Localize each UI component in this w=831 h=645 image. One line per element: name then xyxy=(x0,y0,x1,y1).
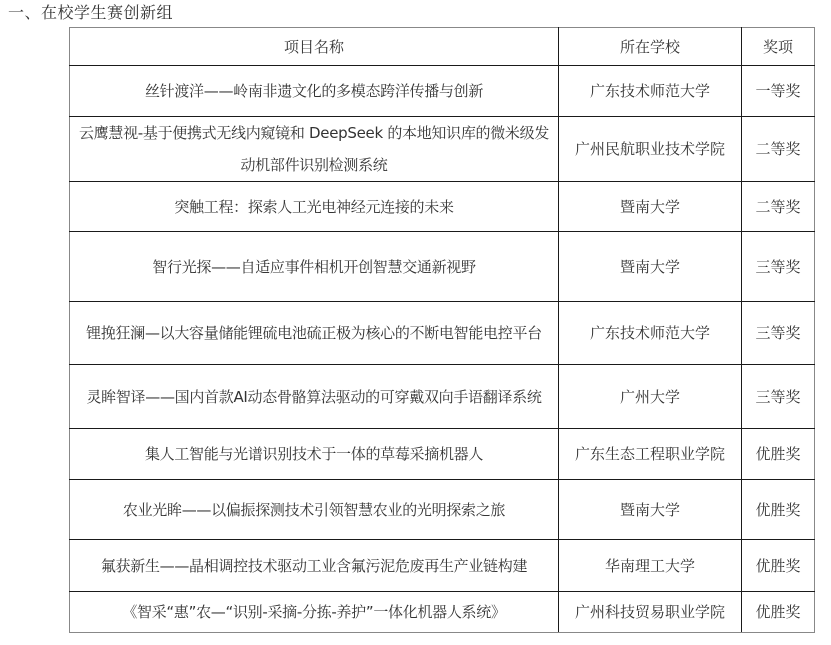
school-cell: 华南理工大学 xyxy=(559,540,742,592)
project-name-cell: 云鹰慧视-基于便携式无线内窥镜和 DeepSeek 的本地知识库的微米级发动机部… xyxy=(70,117,559,182)
project-name-cell: 突触工程：探索人工光电神经元连接的未来 xyxy=(70,182,559,232)
table-row: 智行光探——自适应事件相机开创智慧交通新视野 暨南大学 三等奖 xyxy=(70,232,815,302)
school-cell: 广东生态工程职业学院 xyxy=(559,429,742,480)
school-cell: 暨南大学 xyxy=(559,480,742,540)
table-row: 氟获新生——晶相调控技术驱动工业含氟污泥危废再生产业链构建 华南理工大学 优胜奖 xyxy=(70,540,815,592)
project-name-cell: 氟获新生——晶相调控技术驱动工业含氟污泥危废再生产业链构建 xyxy=(70,540,559,592)
header-project-name: 项目名称 xyxy=(70,28,559,66)
table-row: 锂挽狂澜—以大容量储能锂硫电池硫正极为核心的不断电智能电控平台 广东技术师范大学… xyxy=(70,302,815,365)
table-row: 灵眸智译——国内首款AI动态骨骼算法驱动的可穿戴双向手语翻译系统 广州大学 三等… xyxy=(70,365,815,429)
school-cell: 广州大学 xyxy=(559,365,742,429)
header-school: 所在学校 xyxy=(559,28,742,66)
table-row: 突触工程：探索人工光电神经元连接的未来 暨南大学 二等奖 xyxy=(70,182,815,232)
table-header-row: 项目名称 所在学校 奖项 xyxy=(70,28,815,66)
award-cell: 三等奖 xyxy=(742,232,815,302)
project-name-cell: 丝针渡洋——岭南非遗文化的多模态跨洋传播与创新 xyxy=(70,66,559,117)
project-name-cell: 《智采“惠”农—“识别-采摘-分拣-养护”一体化机器人系统》 xyxy=(70,592,559,633)
school-cell: 广州科技贸易职业学院 xyxy=(559,592,742,633)
awards-table: 项目名称 所在学校 奖项 丝针渡洋——岭南非遗文化的多模态跨洋传播与创新 广东技… xyxy=(69,27,815,633)
award-cell: 二等奖 xyxy=(742,117,815,182)
table-row: 《智采“惠”农—“识别-采摘-分拣-养护”一体化机器人系统》 广州科技贸易职业学… xyxy=(70,592,815,633)
project-name-cell: 智行光探——自适应事件相机开创智慧交通新视野 xyxy=(70,232,559,302)
school-cell: 广东技术师范大学 xyxy=(559,66,742,117)
header-award: 奖项 xyxy=(742,28,815,66)
school-cell: 暨南大学 xyxy=(559,232,742,302)
award-cell: 优胜奖 xyxy=(742,540,815,592)
table-row: 农业光眸——以偏振探测技术引领智慧农业的光明探索之旅 暨南大学 优胜奖 xyxy=(70,480,815,540)
school-cell: 广州民航职业技术学院 xyxy=(559,117,742,182)
table-row: 云鹰慧视-基于便携式无线内窥镜和 DeepSeek 的本地知识库的微米级发动机部… xyxy=(70,117,815,182)
award-cell: 一等奖 xyxy=(742,66,815,117)
project-name-cell: 农业光眸——以偏振探测技术引领智慧农业的光明探索之旅 xyxy=(70,480,559,540)
project-name-cell: 灵眸智译——国内首款AI动态骨骼算法驱动的可穿戴双向手语翻译系统 xyxy=(70,365,559,429)
award-cell: 优胜奖 xyxy=(742,480,815,540)
project-name-cell: 锂挽狂澜—以大容量储能锂硫电池硫正极为核心的不断电智能电控平台 xyxy=(70,302,559,365)
table-body: 丝针渡洋——岭南非遗文化的多模态跨洋传播与创新 广东技术师范大学 一等奖 云鹰慧… xyxy=(70,66,815,633)
award-cell: 优胜奖 xyxy=(742,429,815,480)
project-name-cell: 集人工智能与光谱识别技术于一体的草莓采摘机器人 xyxy=(70,429,559,480)
section-title: 一、在校学生赛创新组 xyxy=(8,2,173,24)
award-cell: 二等奖 xyxy=(742,182,815,232)
award-cell: 三等奖 xyxy=(742,302,815,365)
table-row: 集人工智能与光谱识别技术于一体的草莓采摘机器人 广东生态工程职业学院 优胜奖 xyxy=(70,429,815,480)
school-cell: 广东技术师范大学 xyxy=(559,302,742,365)
school-cell: 暨南大学 xyxy=(559,182,742,232)
award-cell: 三等奖 xyxy=(742,365,815,429)
table-row: 丝针渡洋——岭南非遗文化的多模态跨洋传播与创新 广东技术师范大学 一等奖 xyxy=(70,66,815,117)
award-cell: 优胜奖 xyxy=(742,592,815,633)
